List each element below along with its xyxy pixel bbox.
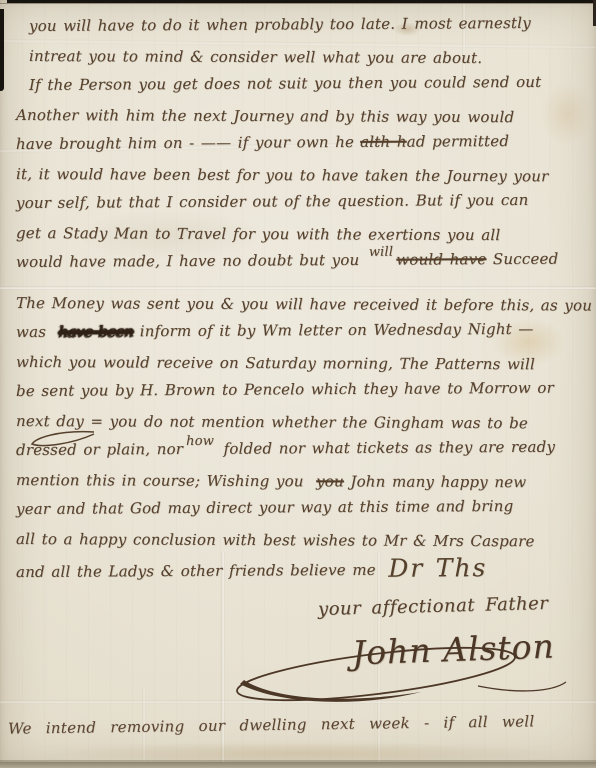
line-text: mention this in course; Wishing you [16,471,310,490]
line-text: be sent you by H. Brown to Pencelo which… [16,379,554,400]
letter-line: year and that God may direct your way at… [16,492,588,525]
letter-scan: you will have to do it when probably too… [0,0,596,768]
line-text: was [16,323,53,341]
inserted-word: how [186,427,214,457]
line-text: Another with him the next Journey and by… [16,106,514,126]
closing-line: your affectionat Father [318,593,549,620]
strikethrough-text: alth h [360,133,407,151]
scan-edge-left [0,9,4,91]
line-text: Succeed [486,250,558,268]
letter-line: dressed or plain, norhow folded nor what… [16,433,588,466]
letter-line: you will have to do it when probably too… [29,9,588,42]
line-text: and all the Ladys & other friends believ… [16,561,382,581]
line-text: ad permitted [407,132,510,151]
letter-line: If the Person you get does not suit you … [29,68,588,101]
inserted-word: will [369,238,394,268]
line-text: get a Stady Man to Travel for you with t… [16,224,500,244]
line-text: which you would receive on Saturday morn… [16,353,535,373]
line-text: it, it would have been best for you to h… [16,165,549,185]
line-text: have brought him on - —— if your own he [16,133,354,153]
letter-line: have brought him on - —— if your own hea… [16,127,588,160]
letter-body: you will have to do it when probably too… [16,12,588,584]
pen-flourish-icon [28,428,98,450]
strikethrough-text: would have [396,250,486,269]
line-text: The Money was sent you & you will have r… [16,294,592,315]
postscript-line: We intend removing our dwelling next wee… [8,712,535,737]
letter-line: be sent you by H. Brown to Pencelo which… [16,374,588,407]
line-text: would have made, I have no doubt but you [16,251,366,271]
signature: John Alston [351,626,555,672]
letter-line: would have made, I have no doubt but you… [16,245,588,278]
scan-edge-bottom [0,762,596,768]
flourish-stroke [478,682,566,691]
strikethrough-text: have been [59,322,134,340]
line-text: intreat you to mind & consider well what… [29,47,482,67]
letter-line: your self, but that I consider out of th… [16,186,588,219]
strikethrough-text: you [316,472,344,490]
line-text: you will have to do it when probably too… [29,14,531,35]
fold-crease-vertical [221,552,225,768]
scan-edge-top [7,0,596,3]
line-text: If the Person you get does not suit you … [29,73,541,94]
line-text: all to a happy conclusion with best wish… [16,530,535,550]
letter-line: was have been inform of it by Wm letter … [16,315,588,348]
scan-edge-top [0,3,596,4]
line-text: year and that God may direct your way at… [16,497,513,518]
flourish-stroke [32,432,94,446]
valediction-flourish-text: Dr Ths [388,553,487,583]
line-text: John many happy new [344,472,526,491]
line-text: your self, but that I consider out of th… [16,191,529,212]
letter-line: and all the Ladys & other friends believ… [16,551,588,584]
line-text: inform of it by Wm letter on Wednesday N… [133,320,533,340]
line-text: folded nor what tickets as they are read… [217,438,555,458]
